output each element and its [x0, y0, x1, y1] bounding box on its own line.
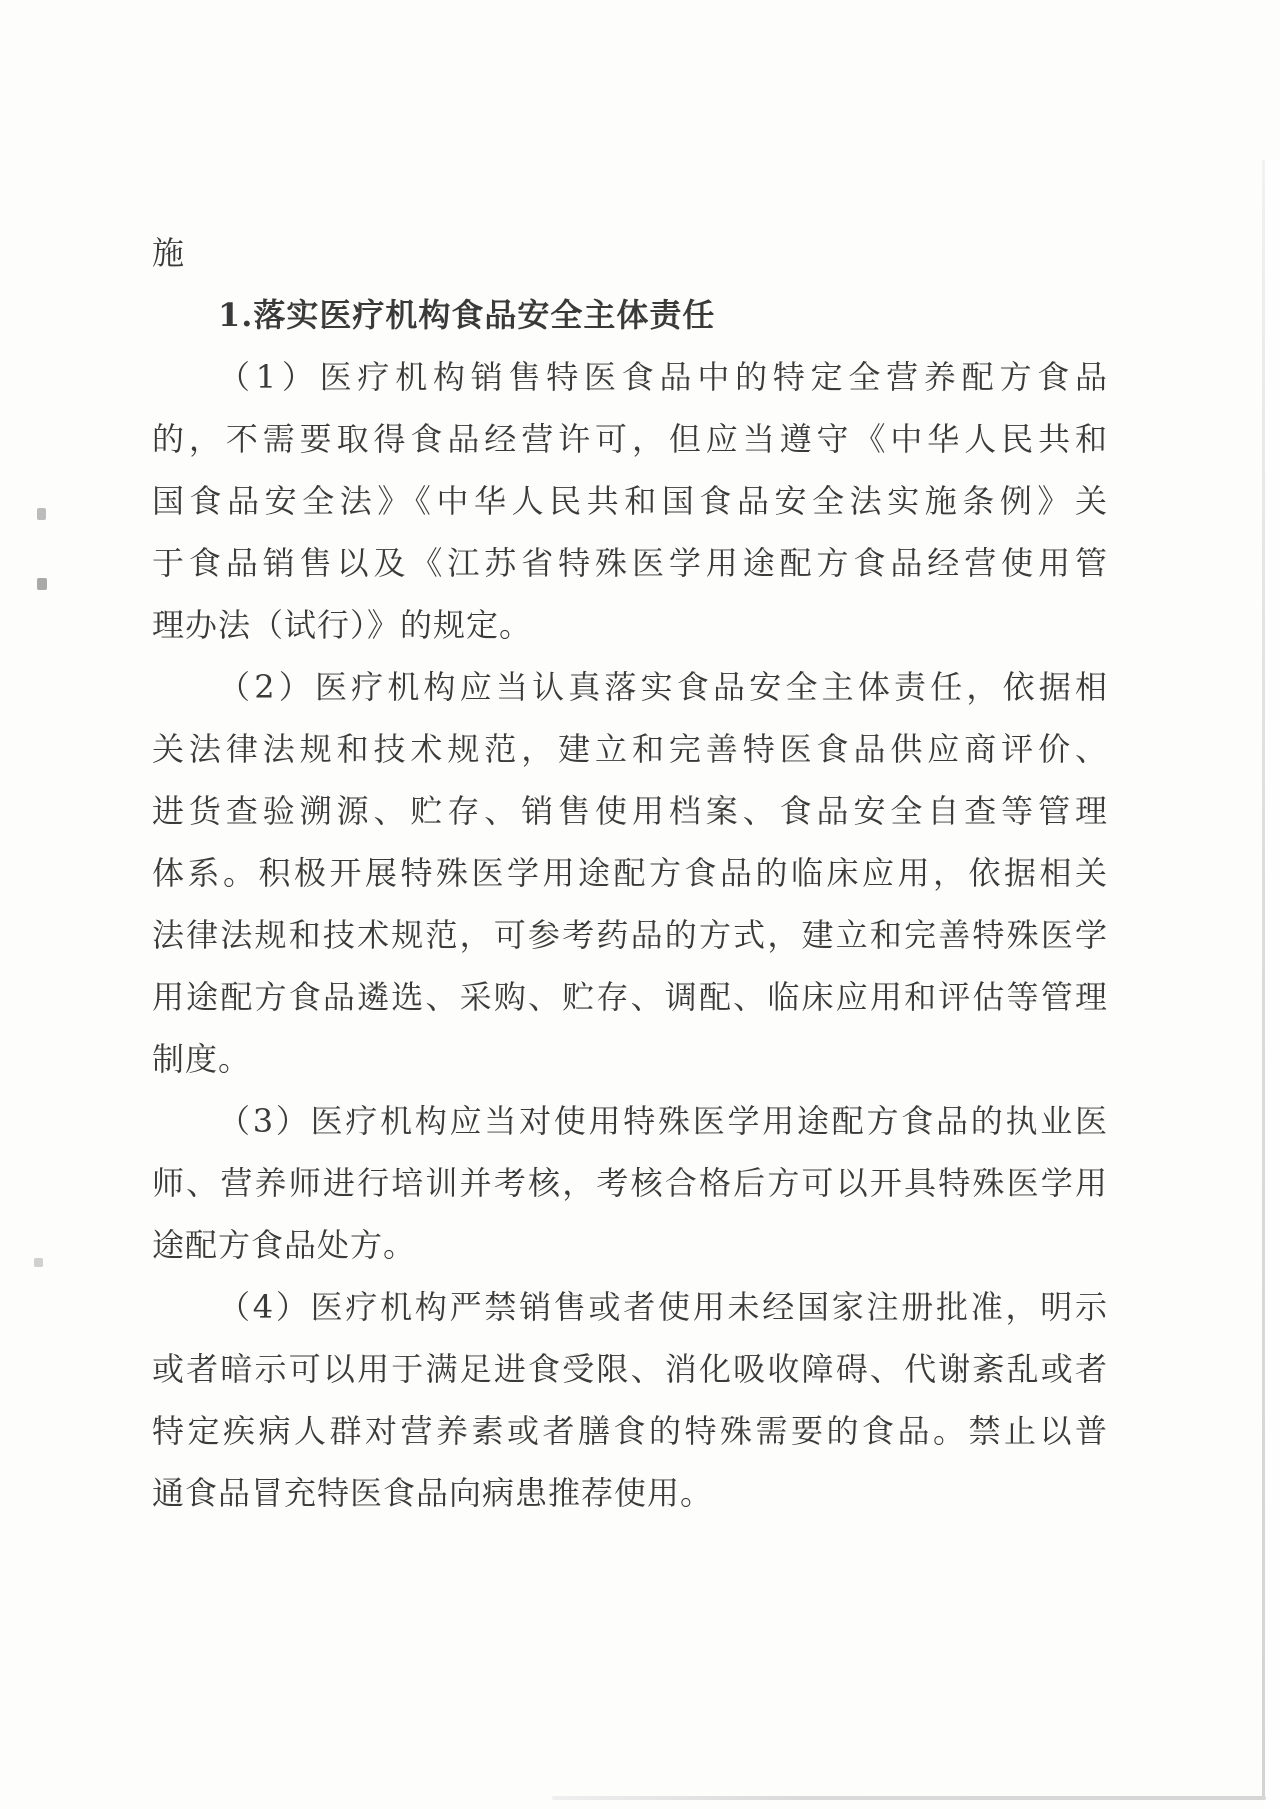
body-line: 或者暗示可以用于满足进食受限、消化吸收障碍、代谢紊乱或者	[152, 1338, 1108, 1400]
body-line: 关法律法规和技术规范，建立和完善特医食品供应商评价、	[152, 718, 1108, 780]
body-line: 法律法规和技术规范，可参考药品的方式，建立和完善特殊医学	[152, 904, 1108, 966]
body-line: 的，不需要取得食品经营许可，但应当遵守《中华人民共和	[152, 408, 1108, 470]
body-line: （2）医疗机构应当认真落实食品安全主体责任，依据相	[152, 656, 1108, 718]
scan-speck	[37, 578, 47, 590]
carryover-text: 施	[152, 222, 1108, 284]
body-line: 进货查验溯源、贮存、销售使用档案、食品安全自查等管理	[152, 780, 1108, 842]
body-line: 体系。积极开展特殊医学用途配方食品的临床应用，依据相关	[152, 842, 1108, 904]
scan-speck	[37, 508, 46, 520]
body-line: 制度。	[152, 1028, 1108, 1090]
body-line: （1）医疗机构销售特医食品中的特定全营养配方食品	[152, 346, 1108, 408]
body-line: 国食品安全法》《中华人民共和国食品安全法实施条例》关	[152, 470, 1108, 532]
body-line: 途配方食品处方。	[152, 1214, 1108, 1276]
document-body: 施 1.落实医疗机构食品安全主体责任 （1）医疗机构销售特医食品中的特定全营养配…	[152, 222, 1108, 1524]
body-line: （3）医疗机构应当对使用特殊医学用途配方食品的执业医	[152, 1090, 1108, 1152]
body-line: 于食品销售以及《江苏省特殊医学用途配方食品经营使用管	[152, 532, 1108, 594]
scan-speck	[34, 1258, 43, 1267]
section-heading: 1.落实医疗机构食品安全主体责任	[152, 284, 1108, 346]
page-edge-shadow-bottom	[552, 1796, 1266, 1800]
page-scan-margin	[1265, 160, 1280, 1809]
body-line: 师、营养师进行培训并考核，考核合格后方可以开具特殊医学用	[152, 1152, 1108, 1214]
scanned-document-page: 施 1.落实医疗机构食品安全主体责任 （1）医疗机构销售特医食品中的特定全营养配…	[0, 0, 1280, 1809]
body-line: 理办法（试行）》的规定。	[152, 594, 1108, 656]
body-line: 通食品冒充特医食品向病患推荐使用。	[152, 1462, 1108, 1524]
body-line: （4）医疗机构严禁销售或者使用未经国家注册批准，明示	[152, 1276, 1108, 1338]
body-line: 用途配方食品遴选、采购、贮存、调配、临床应用和评估等管理	[152, 966, 1108, 1028]
page-edge-shadow-right	[1262, 160, 1265, 1800]
body-line: 特定疾病人群对营养素或者膳食的特殊需要的食品。禁止以普	[152, 1400, 1108, 1462]
